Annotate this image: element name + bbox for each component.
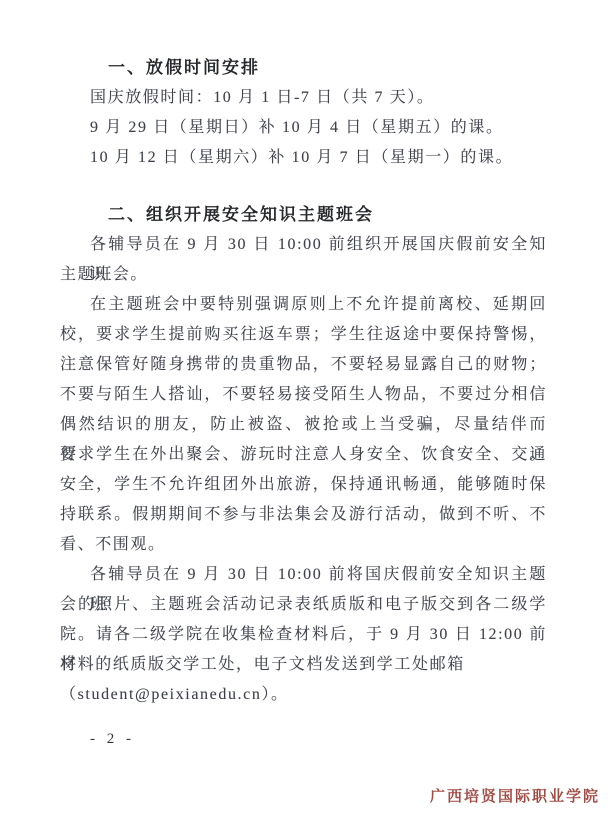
paragraph-2-line-8: 持联系。假期期间不参与非法集会及游行活动，做到不听、不 (60, 500, 547, 530)
paragraph-2-line-4: 不要与陌生人搭讪，不要轻易接受陌生人物品，不要过分相信 (60, 380, 547, 410)
holiday-period-line: 国庆放假时间：10 月 1 日-7 日（共 7 天）。 (60, 83, 547, 113)
makeup-class-line-1: 9 月 29 日（星期日）补 10 月 4 日（星期五）的课。 (60, 113, 547, 143)
paragraph-3-line-2: 会的照片、主题班会活动记录表纸质版和电子版交到各二级学 (60, 590, 547, 620)
paragraph-2-line-6: 要求学生在外出聚会、游玩时注意人身安全、饮食安全、交通 (60, 440, 547, 470)
paragraph-1-line-1: 各辅导员在 9 月 30 日 10:00 前组织开展国庆假前安全知识 (60, 230, 547, 260)
paragraph-3-line-3: 院。请各二级学院在收集检查材料后，于 9 月 30 日 12:00 前将 (60, 620, 547, 650)
page-number: - 2 - (90, 731, 135, 748)
section-2-heading: 二、组织开展安全知识主题班会 (60, 200, 547, 230)
section-1-heading: 一、放假时间安排 (60, 53, 547, 83)
document-body: 一、放假时间安排 国庆放假时间：10 月 1 日-7 日（共 7 天）。 9 月… (60, 53, 547, 710)
document-page: 一、放假时间安排 国庆放假时间：10 月 1 日-7 日（共 7 天）。 9 月… (0, 0, 613, 818)
paragraph-3-line-4: 材料的纸质版交学工处，电子文档发送到学工处邮箱 (60, 650, 547, 680)
school-name: 广西培贤国际职业学院 (430, 785, 600, 806)
paragraph-1-line-2: 主题班会。 (60, 260, 547, 290)
paragraph-2-line-5: 偶然结识的朋友，防止被盗、被抢或上当受骗，尽量结伴而行。 (60, 410, 547, 440)
paragraph-2-line-7: 安全，学生不允许组团外出旅游，保持通讯畅通，能够随时保 (60, 470, 547, 500)
paragraph-2-line-3: 注意保管好随身携带的贵重物品，不要轻易显露自己的财物； (60, 350, 547, 380)
paragraph-3-line-1: 各辅导员在 9 月 30 日 10:00 前将国庆假前安全知识主题班 (60, 560, 547, 590)
paragraph-2-line-1: 在主题班会中要特别强调原则上不允许提前离校、延期回 (60, 290, 547, 320)
paragraph-2-line-9: 看、不围观。 (60, 530, 547, 560)
makeup-class-line-2: 10 月 12 日（星期六）补 10 月 7 日（星期一）的课。 (60, 143, 547, 173)
email-line: （student@peixianedu.cn）。 (60, 680, 547, 710)
paragraph-2-line-2: 校，要求学生提前购买往返车票；学生往返途中要保持警惕， (60, 320, 547, 350)
